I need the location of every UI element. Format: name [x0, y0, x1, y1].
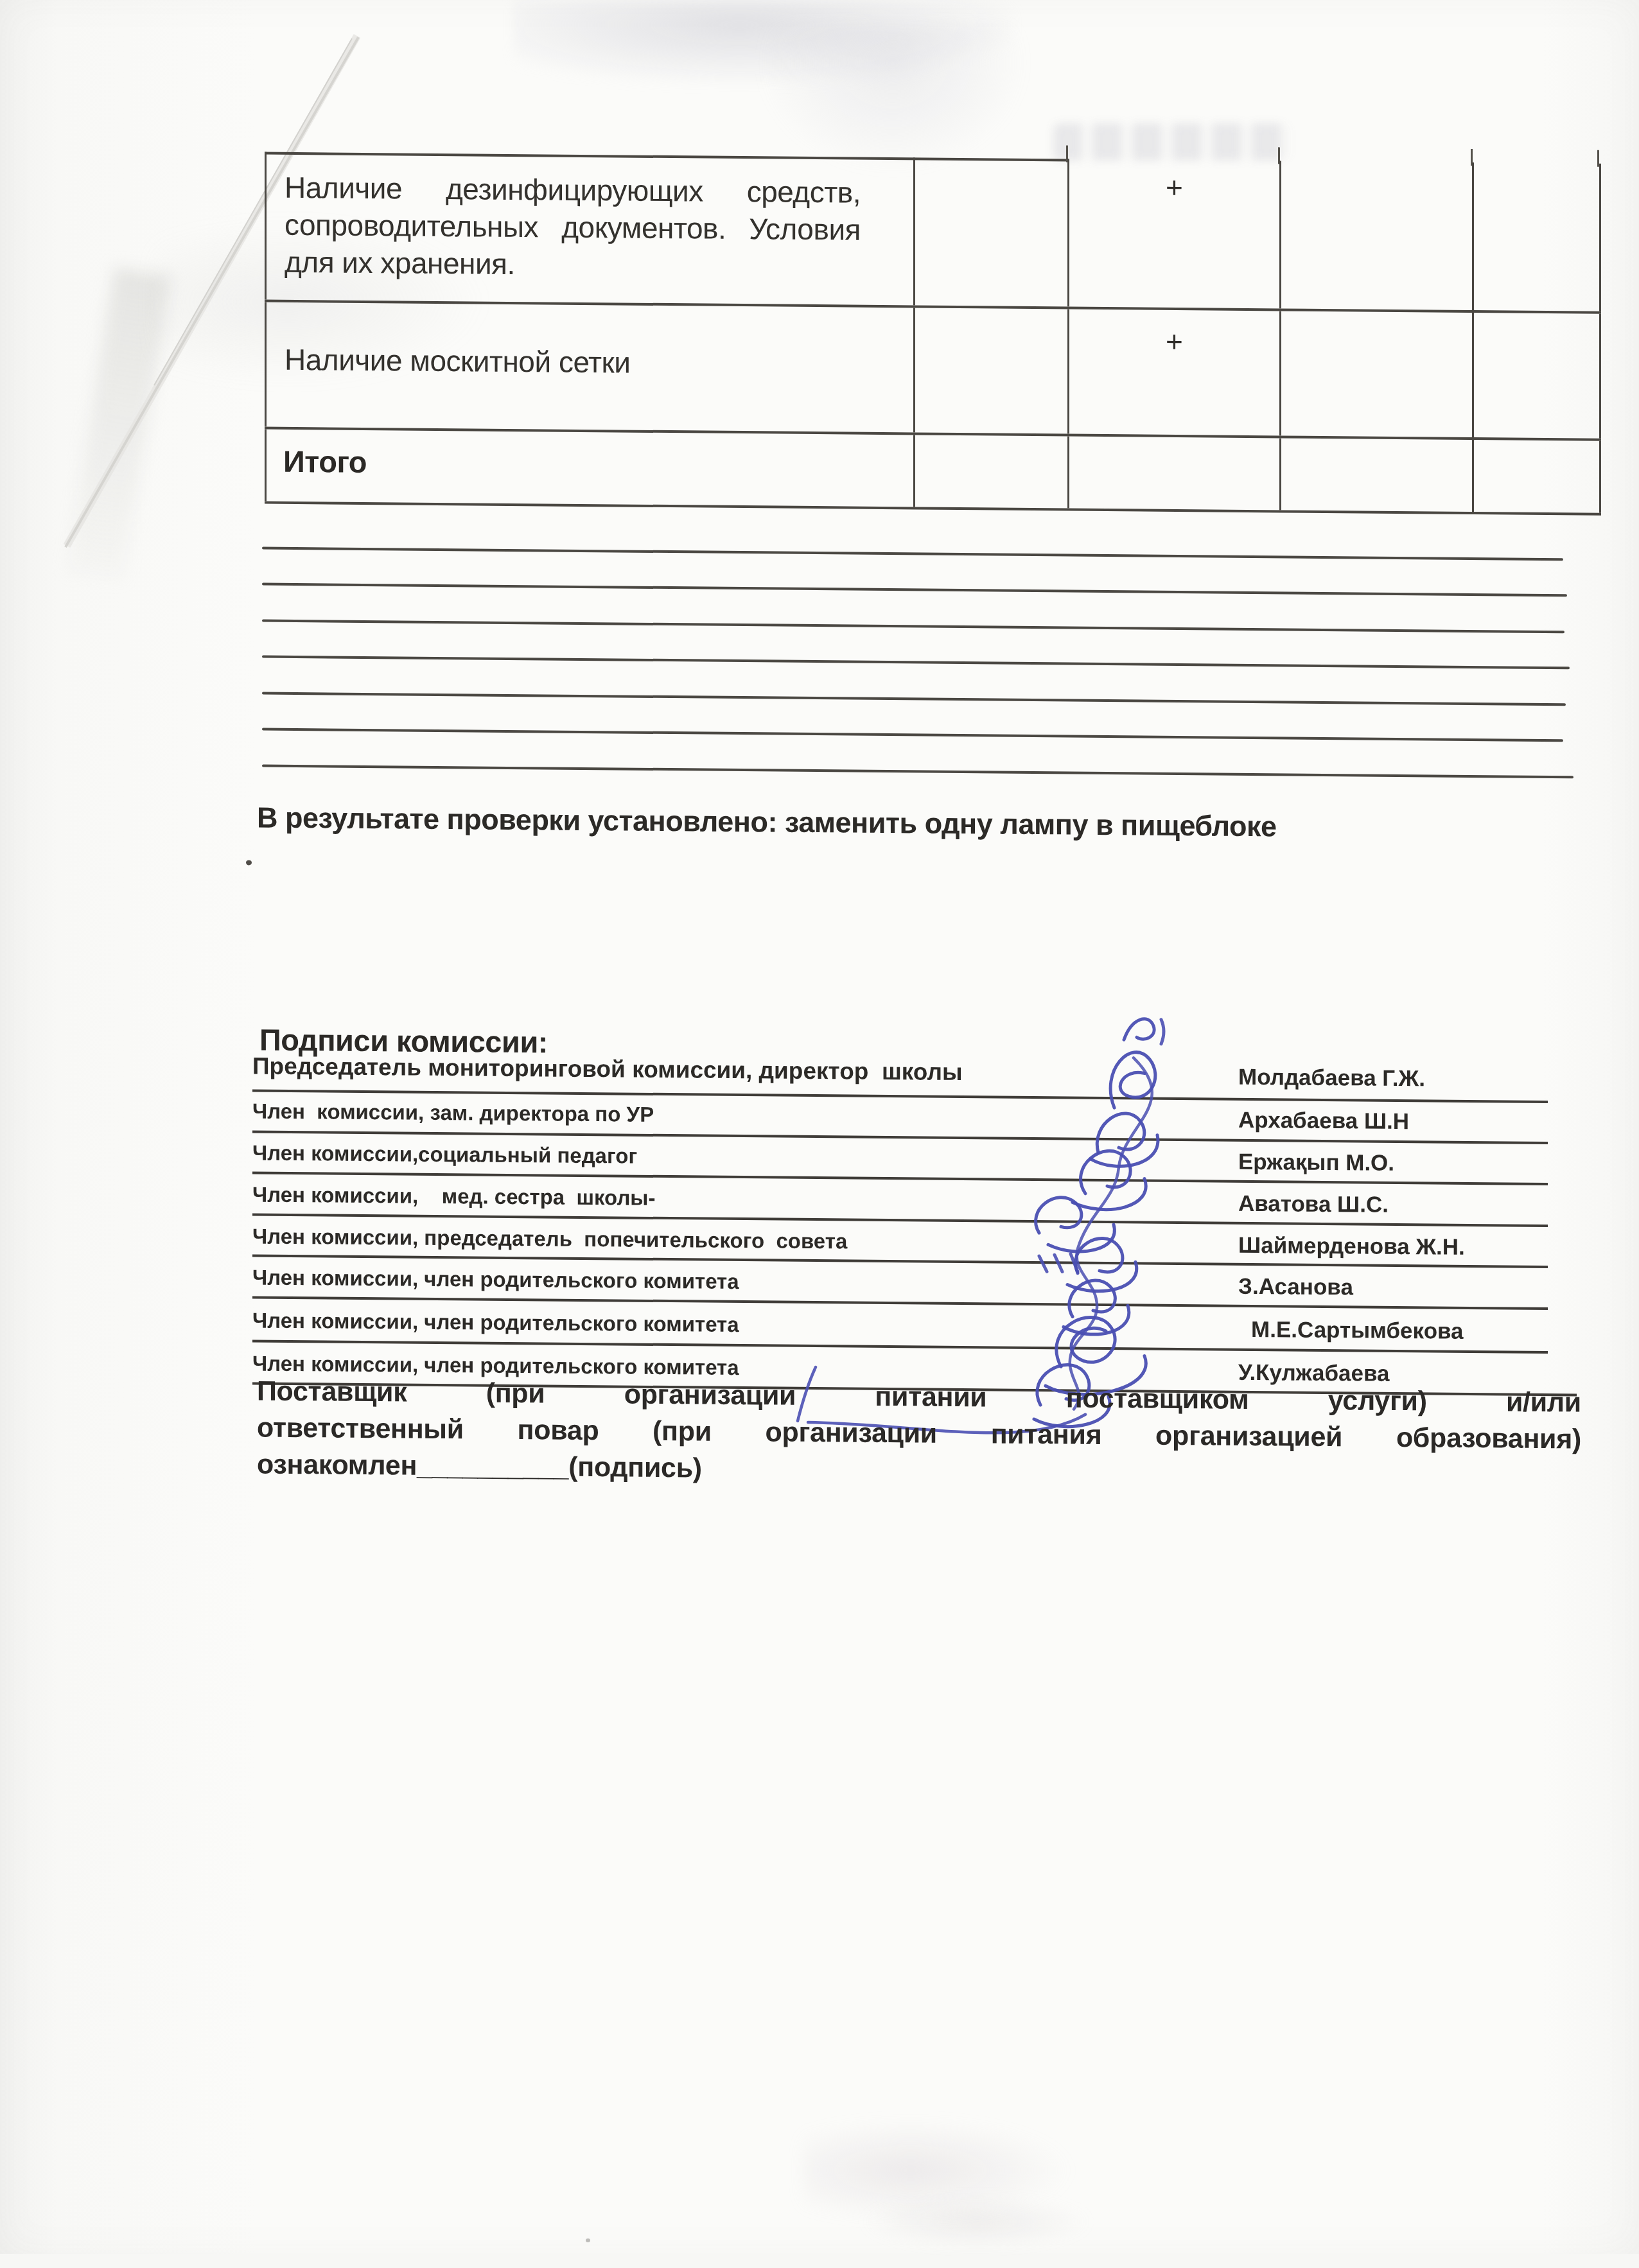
- ruled-line: [262, 547, 1563, 561]
- scanned-page: Наличие дезинфицирующих средств, сопрово…: [0, 0, 1639, 2254]
- signature-name: Аватова Ш.С.: [1238, 1191, 1389, 1218]
- mark-cell: [1281, 161, 1473, 311]
- mark-cell: [1473, 311, 1600, 440]
- mark-cell: [1473, 439, 1600, 514]
- mark-cell-plus: +: [1069, 308, 1281, 437]
- signature-role: Член комиссии, член родительского комите…: [252, 1265, 739, 1294]
- mark-cell-plus: +: [1069, 159, 1281, 310]
- document-content: Наличие дезинфицирующих средств, сопрово…: [0, 0, 1639, 2254]
- mark-cell: [1069, 435, 1281, 512]
- ruled-line: [262, 728, 1563, 742]
- signature-role: Член комиссии,социальный педагог: [252, 1140, 637, 1168]
- signature-role: Член комиссии, мед. сестра школы-: [252, 1182, 656, 1210]
- inspection-table: Наличие дезинфицирующих средств, сопрово…: [265, 152, 1601, 516]
- supplier-note-line3: ознакомлен__________(подпись): [257, 1450, 1581, 1490]
- stray-ink-dot: [246, 860, 252, 865]
- mark-cell: [1473, 162, 1600, 313]
- mark-cell: [1281, 437, 1473, 513]
- signature-role: Член комиссии, член родительского комите…: [252, 1351, 739, 1380]
- mark-cell: [915, 433, 1069, 509]
- signature-name: Архабаева Ш.Н: [1238, 1108, 1409, 1135]
- criterion-cell: Наличие дезинфицирующих средств, сопрово…: [266, 152, 915, 307]
- signature-name: У.Кулжабаева: [1238, 1360, 1390, 1387]
- signature-name: Шаймерденова Ж.Н.: [1238, 1233, 1465, 1260]
- table-row-total: Итого: [266, 428, 1600, 514]
- signature-name: Молдабаева Г.Ж.: [1238, 1065, 1425, 1092]
- total-cell: Итого: [266, 428, 915, 509]
- ruled-line: [262, 583, 1567, 597]
- mark-cell: [915, 306, 1069, 435]
- signature-name: З.Асанова: [1238, 1274, 1353, 1301]
- ruled-line: [262, 620, 1564, 634]
- ruled-line: [262, 765, 1573, 779]
- mark-cell: [915, 157, 1069, 308]
- ruled-line: [262, 692, 1566, 706]
- mark-cell: [1281, 310, 1473, 439]
- signature-role: Член комиссии, член родительского комите…: [252, 1308, 739, 1337]
- criterion-cell: Наличие москитной сетки: [266, 301, 915, 434]
- signature-name: М.Е.Сартымбекова: [1251, 1317, 1464, 1345]
- supplier-note-line2: ответственный повар (при организации пит…: [257, 1413, 1581, 1453]
- signature-name: Ержақып М.О.: [1238, 1149, 1394, 1176]
- table-row: Наличие дезинфицирующих средств, сопрово…: [266, 152, 1600, 313]
- table-row: Наличие москитной сетки +: [266, 301, 1600, 440]
- supplier-note: Поставщик (при организации питании поста…: [257, 1377, 1581, 1498]
- signature-role: Член комиссии, зам. директора по УР: [252, 1099, 654, 1126]
- inspection-result-text: В результате проверки установлено: замен…: [257, 801, 1277, 843]
- ruled-line: [262, 656, 1570, 670]
